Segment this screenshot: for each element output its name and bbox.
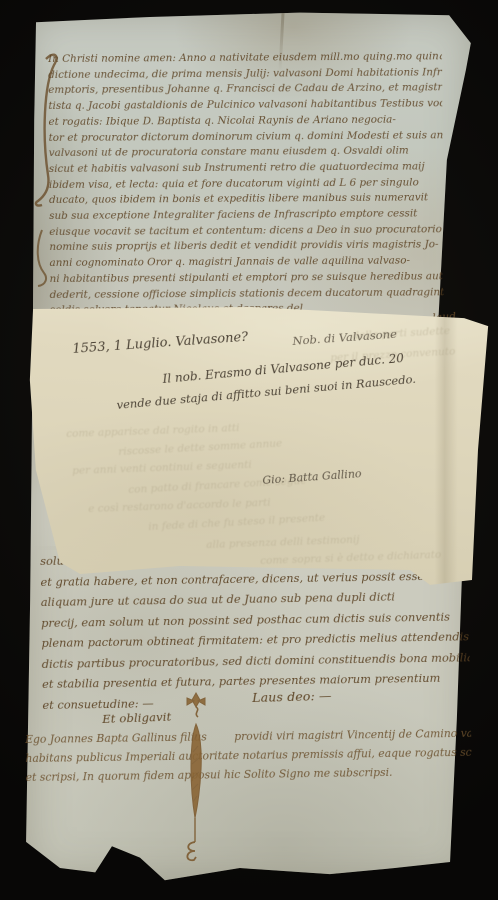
notary-subscription-block: Ego Joannes Bapta Gallinus filius provid… — [25, 724, 472, 787]
notarial-sign-icon — [170, 688, 230, 868]
obligavit-line: Et obligavit — [102, 710, 172, 726]
laus-deo-line: Laus deo: — — [252, 688, 332, 705]
upper-text-block: In Christi nomine amen: Anno a nativitat… — [48, 49, 444, 319]
manuscript-photo: In Christi nomine amen: Anno a nativitat… — [0, 0, 498, 900]
